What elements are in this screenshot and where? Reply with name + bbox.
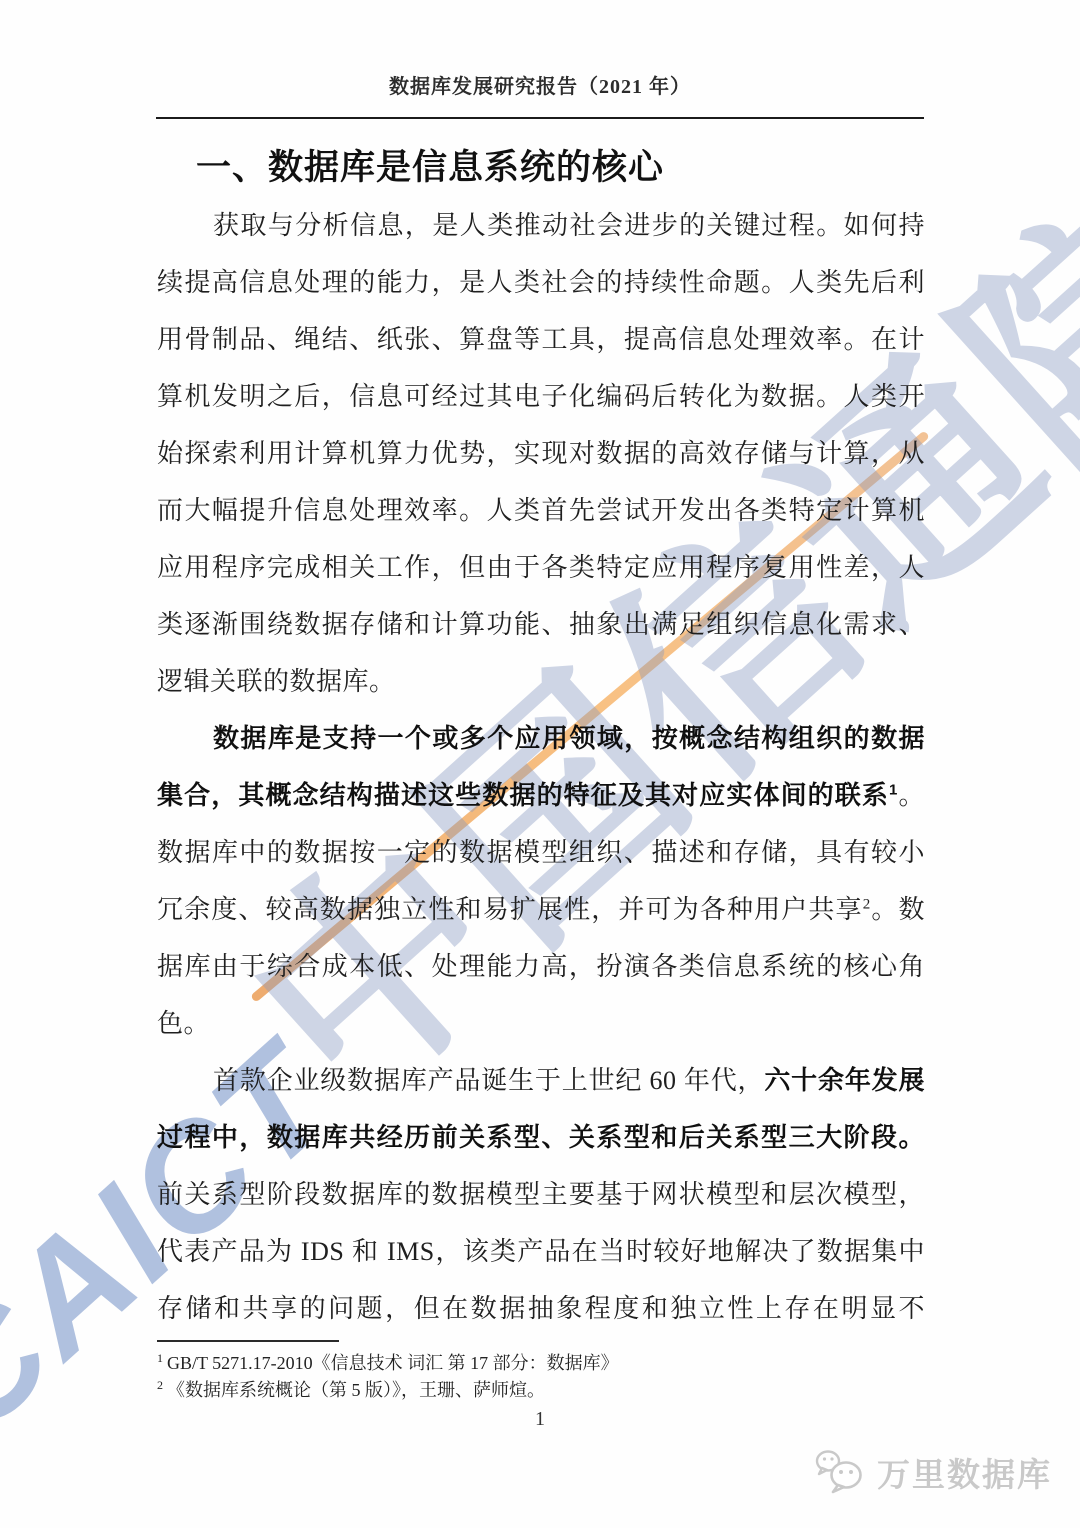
paragraph: 数据库是支持一个或多个应用领域，按概念结构组织的数据集合，其概念结构描述这些数据… (157, 710, 925, 1052)
footnotes: 1GB/T 5271.17-2010《信息技术 词汇 第 17 部分：数据库》2… (157, 1350, 925, 1404)
running-header-title: 数据库发展研究报告（2021 年） (0, 70, 1080, 99)
footnote-reference: 2 (863, 896, 871, 912)
wechat-icon (813, 1448, 869, 1496)
paragraph: 首款企业级数据库产品诞生于上世纪 60 年代，六十余年发展过程中，数据库共经历前… (157, 1052, 925, 1347)
wanli-database-logo: 万里数据库 (813, 1448, 1052, 1496)
text-run: 数据库是支持一个或多个应用领域，按概念结构组织的数据集合，其概念结构描述这些数据… (157, 723, 925, 810)
footnote-marker: 2 (157, 1378, 163, 1392)
footnote: 2《数据库系统概论（第 5 版）》，王珊、萨师煊。 (157, 1377, 925, 1404)
footnote-marker: 1 (157, 1351, 163, 1365)
document-page: CAICT 中国信通院 数据库发展研究报告（2021 年） 一、数据库是信息系统… (0, 0, 1080, 1528)
text-run: 首款企业级数据库产品诞生于上世纪 60 年代， (213, 1066, 764, 1095)
body-paragraphs: 获取与分析信息，是人类推动社会进步的关键过程。如何持续提高信息处理的能力，是人类… (157, 197, 925, 1347)
page-number: 1 (0, 1408, 1080, 1431)
section-heading: 一、数据库是信息系统的核心 (196, 140, 664, 190)
footnote-text: 《数据库系统概论（第 5 版）》，王珊、萨师煊。 (167, 1380, 545, 1400)
brand-label: 万里数据库 (877, 1449, 1052, 1496)
paragraph: 获取与分析信息，是人类推动社会进步的关键过程。如何持续提高信息处理的能力，是人类… (157, 197, 925, 710)
text-run: 前关系型阶段数据库的数据模型主要基于网状模型和层次模型，代表产品为 IDS 和 … (157, 1180, 925, 1347)
footnote-rule (157, 1340, 339, 1342)
footnote-reference: 1 (889, 781, 898, 798)
header-rule (156, 117, 924, 119)
footnote: 1GB/T 5271.17-2010《信息技术 词汇 第 17 部分：数据库》 (157, 1350, 925, 1377)
text-run: 获取与分析信息，是人类推动社会进步的关键过程。如何持续提高信息处理的能力，是人类… (157, 211, 925, 696)
footnote-text: GB/T 5271.17-2010《信息技术 词汇 第 17 部分：数据库》 (167, 1353, 619, 1373)
